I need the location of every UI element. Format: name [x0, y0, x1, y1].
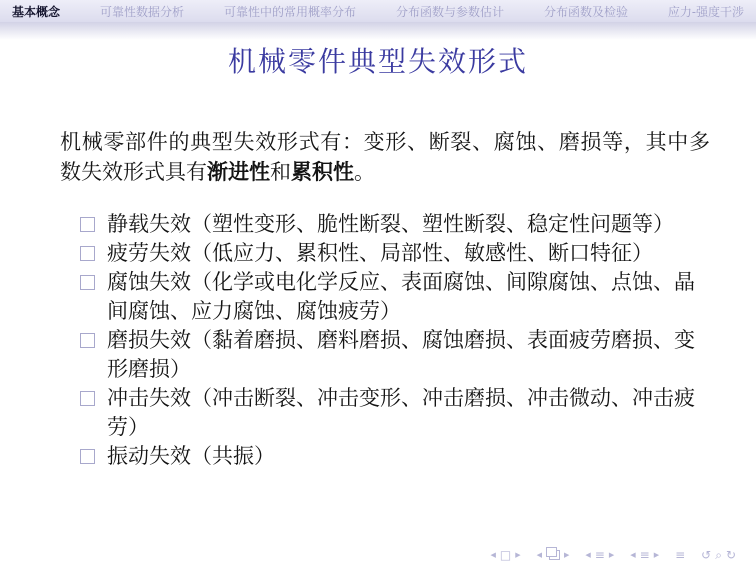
header-section-reliability-data[interactable]: 可靠性数据分析	[100, 3, 184, 20]
list-item-text: 疲劳失效（低应力、累积性、局部性、敏感性、断口特征）	[107, 239, 695, 268]
slide-icon[interactable]: □	[500, 549, 511, 561]
prev-subsection-icon[interactable]: ◀	[630, 552, 635, 559]
square-bullet-icon	[80, 275, 95, 290]
next-section-icon[interactable]: ▶	[609, 552, 614, 559]
prev-slide-icon[interactable]: ◀	[490, 552, 495, 559]
failure-mode-list: 静载失效（塑性变形、脆性断裂、塑性断裂、稳定性问题等） 疲劳失效（低应力、累积性…	[80, 210, 700, 471]
frame-nav-group: ◀ ▶	[537, 550, 570, 560]
square-bullet-icon	[80, 449, 95, 464]
header-section-stress-strength[interactable]: 应力-强度干涉	[668, 3, 744, 20]
appendix-icon[interactable]: ≡	[675, 549, 685, 561]
list-item: 磨损失效（黏着磨损、磨料磨损、腐蚀磨损、表面疲劳磨损、变形磨损）	[80, 326, 700, 384]
go-forward-icon[interactable]: ↻	[726, 549, 736, 561]
list-item: 冲击失效（冲击断裂、冲击变形、冲击磨损、冲击微动、冲击疲劳）	[80, 384, 700, 442]
intro-text-segment: 机械零部件的典型失效形式有：变形、断裂、腐蚀、磨损等，其中多数失效形式具有	[60, 130, 710, 184]
header-shadow-fade	[0, 22, 756, 40]
go-back-icon[interactable]: ↺	[701, 549, 711, 561]
prev-frame-icon[interactable]: ◀	[537, 552, 542, 559]
beamer-navigation-bar: ◀ □ ▶ ◀ ▶ ◀ ≡ ▶ ◀ ≡ ▶ ≡ ↺ ⌕ ↻	[490, 549, 736, 561]
subsection-nav-group: ◀ ≡ ▶	[630, 549, 659, 561]
intro-paragraph: 机械零部件的典型失效形式有：变形、断裂、腐蚀、磨损等，其中多数失效形式具有渐进性…	[60, 128, 710, 187]
header-section-probability-distributions[interactable]: 可靠性中的常用概率分布	[224, 3, 356, 20]
header-section-parameter-estimation[interactable]: 分布函数与参数估计	[396, 3, 504, 20]
appendix-nav-group: ≡	[675, 549, 685, 561]
section-nav-group: ◀ ≡ ▶	[585, 549, 614, 561]
square-bullet-icon	[80, 217, 95, 232]
square-bullet-icon	[80, 333, 95, 348]
page-title: 机械零件典型失效形式	[0, 40, 756, 80]
list-item-text: 磨损失效（黏着磨损、磨料磨损、腐蚀磨损、表面疲劳磨损、变形磨损）	[107, 326, 695, 384]
list-item: 腐蚀失效（化学或电化学反应、表面腐蚀、间隙腐蚀、点蚀、晶间腐蚀、应力腐蚀、腐蚀疲…	[80, 268, 700, 326]
intro-bold-cumulative: 累积性	[291, 159, 354, 184]
next-subsection-icon[interactable]: ▶	[654, 552, 659, 559]
list-item-text: 冲击失效（冲击断裂、冲击变形、冲击磨损、冲击微动、冲击疲劳）	[107, 384, 695, 442]
list-item: 静载失效（塑性变形、脆性断裂、塑性断裂、稳定性问题等）	[80, 210, 700, 239]
section-list-icon[interactable]: ≡	[595, 549, 605, 561]
slide-nav-group: ◀ □ ▶	[490, 549, 520, 561]
list-item-text: 腐蚀失效（化学或电化学反应、表面腐蚀、间隙腐蚀、点蚀、晶间腐蚀、应力腐蚀、腐蚀疲…	[107, 268, 695, 326]
intro-text-segment: 和	[270, 160, 291, 184]
slide: 基本概念 可靠性数据分析 可靠性中的常用概率分布 分布函数与参数估计 分布函数及…	[0, 0, 756, 567]
square-bullet-icon	[80, 246, 95, 261]
frames-icon[interactable]	[549, 550, 560, 560]
subsection-list-icon[interactable]: ≡	[640, 549, 650, 561]
next-slide-icon[interactable]: ▶	[515, 552, 520, 559]
list-item-text: 振动失效（共振）	[107, 442, 695, 471]
section-navigation-bar: 基本概念 可靠性数据分析 可靠性中的常用概率分布 分布函数与参数估计 分布函数及…	[0, 0, 756, 22]
intro-text-segment: 。	[354, 160, 375, 184]
square-bullet-icon	[80, 391, 95, 406]
intro-bold-progressive: 渐进性	[207, 159, 270, 184]
history-search-group: ↺ ⌕ ↻	[701, 549, 736, 561]
list-item-text: 静载失效（塑性变形、脆性断裂、塑性断裂、稳定性问题等）	[107, 210, 695, 239]
header-section-distribution-tests[interactable]: 分布函数及检验	[544, 3, 628, 20]
list-item: 振动失效（共振）	[80, 442, 700, 471]
prev-section-icon[interactable]: ◀	[585, 552, 590, 559]
search-icon[interactable]: ⌕	[715, 549, 722, 561]
header-section-basic-concepts[interactable]: 基本概念	[12, 3, 60, 20]
next-frame-icon[interactable]: ▶	[564, 552, 569, 559]
list-item: 疲劳失效（低应力、累积性、局部性、敏感性、断口特征）	[80, 239, 700, 268]
